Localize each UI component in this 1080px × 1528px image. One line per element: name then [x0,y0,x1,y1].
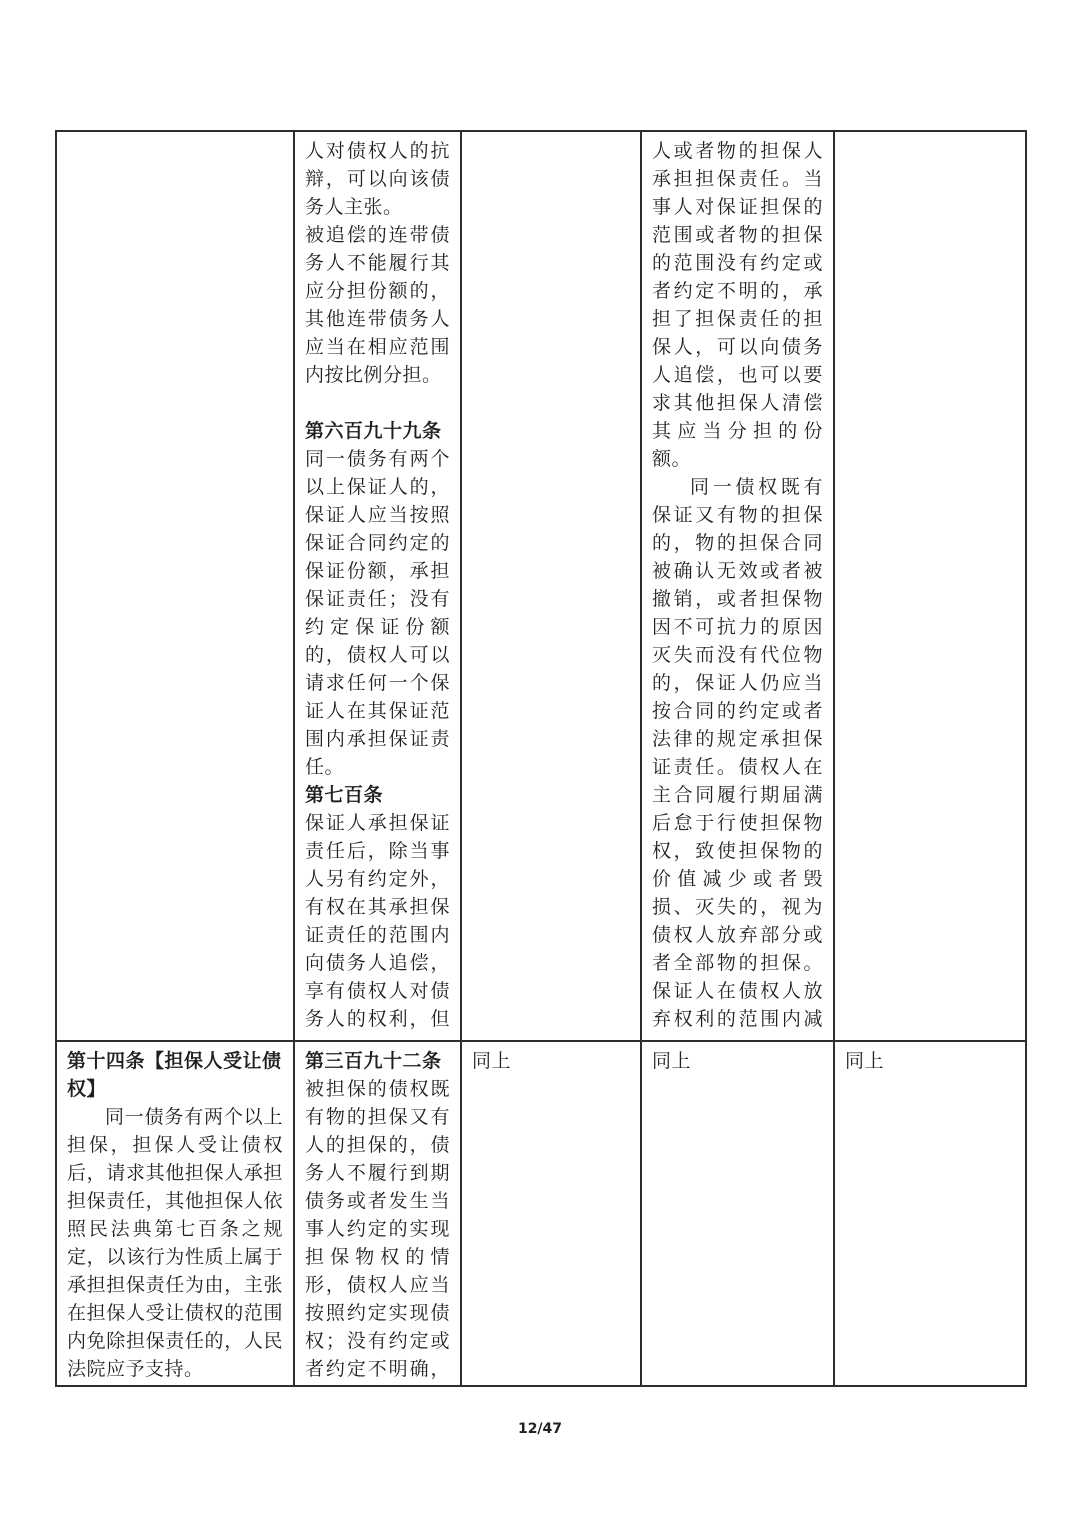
table-cell [56,131,294,1041]
table-cell: 同上 [834,1041,1026,1386]
table-row: 第十四条【担保人受让债权】同一债务有两个以上担保，担保人受让债权后，请求其他担保… [56,1041,1026,1386]
cell-content: 同上 [472,1047,630,1075]
table-cell [834,131,1026,1041]
article-heading: 第十四条【担保人受让债权】 [67,1047,283,1103]
table-cell: 同上 [461,1041,641,1386]
table-cell: 第三百九十二条被担保的债权既有物的担保又有人的担保的，债务人不履行到期债务或者发… [294,1041,461,1386]
legal-paragraph: 保证人承担保证责任后，除当事人另有约定外，有权在其承担保证责任的范围内向债务人追… [305,809,450,1035]
document-page: 人对债权人的抗辩，可以向该债务人主张。被追偿的连带债务人不能履行其应分担份额的，… [0,0,1080,1528]
cell-content: 第十四条【担保人受让债权】同一债务有两个以上担保，担保人受让债权后，请求其他担保… [67,1047,283,1380]
table-cell: 人或者物的担保人承担担保责任。当事人对保证担保的范围或者物的担保的范围没有约定或… [641,131,834,1041]
legal-paragraph: 同上 [472,1047,630,1075]
page-number: 12/47 [0,1421,1080,1437]
legal-paragraph: 人对债权人的抗辩，可以向该债务人主张。 [305,137,450,221]
legal-paragraph: 人或者物的担保人承担担保责任。当事人对保证担保的范围或者物的担保的范围没有约定或… [652,137,823,473]
table-cell [461,131,641,1041]
article-heading: 第七百条 [305,781,450,809]
comparison-table: 人对债权人的抗辩，可以向该债务人主张。被追偿的连带债务人不能履行其应分担份额的，… [55,130,1027,1387]
cell-content: 同上 [652,1047,823,1075]
legal-paragraph: 同一债权既有保证又有物的担保的，物的担保合同被确认无效或者被撤销，或者担保物因不… [652,473,823,1035]
table-cell: 人对债权人的抗辩，可以向该债务人主张。被追偿的连带债务人不能履行其应分担份额的，… [294,131,461,1041]
cell-content: 人或者物的担保人承担担保责任。当事人对保证担保的范围或者物的担保的范围没有约定或… [652,137,823,1035]
legal-paragraph: 同一债务有两个以上保证人的，保证人应当按照保证合同约定的保证份额，承担保证责任；… [305,445,450,781]
paragraph-spacer [305,389,450,417]
legal-paragraph: 同上 [845,1047,1015,1075]
legal-paragraph: 被追偿的连带债务人不能履行其应分担份额的，其他连带债务人应当在相应范围内按比例分… [305,221,450,389]
table-cell: 同上 [641,1041,834,1386]
legal-paragraph: 同一债务有两个以上担保，担保人受让债权后，请求其他担保人承担担保责任，其他担保人… [67,1103,283,1380]
table-cell: 第十四条【担保人受让债权】同一债务有两个以上担保，担保人受让债权后，请求其他担保… [56,1041,294,1386]
legal-paragraph: 被担保的债权既有物的担保又有人的担保的，债务人不履行到期债务或者发生当事人约定的… [305,1075,450,1380]
article-heading: 第六百九十九条 [305,417,450,445]
table-body: 人对债权人的抗辩，可以向该债务人主张。被追偿的连带债务人不能履行其应分担份额的，… [56,131,1026,1386]
legal-paragraph: 同上 [652,1047,823,1075]
table-row: 人对债权人的抗辩，可以向该债务人主张。被追偿的连带债务人不能履行其应分担份额的，… [56,131,1026,1041]
cell-content: 人对债权人的抗辩，可以向该债务人主张。被追偿的连带债务人不能履行其应分担份额的，… [305,137,450,1035]
article-heading: 第三百九十二条 [305,1047,450,1075]
cell-content: 第三百九十二条被担保的债权既有物的担保又有人的担保的，债务人不履行到期债务或者发… [305,1047,450,1380]
cell-content: 同上 [845,1047,1015,1075]
